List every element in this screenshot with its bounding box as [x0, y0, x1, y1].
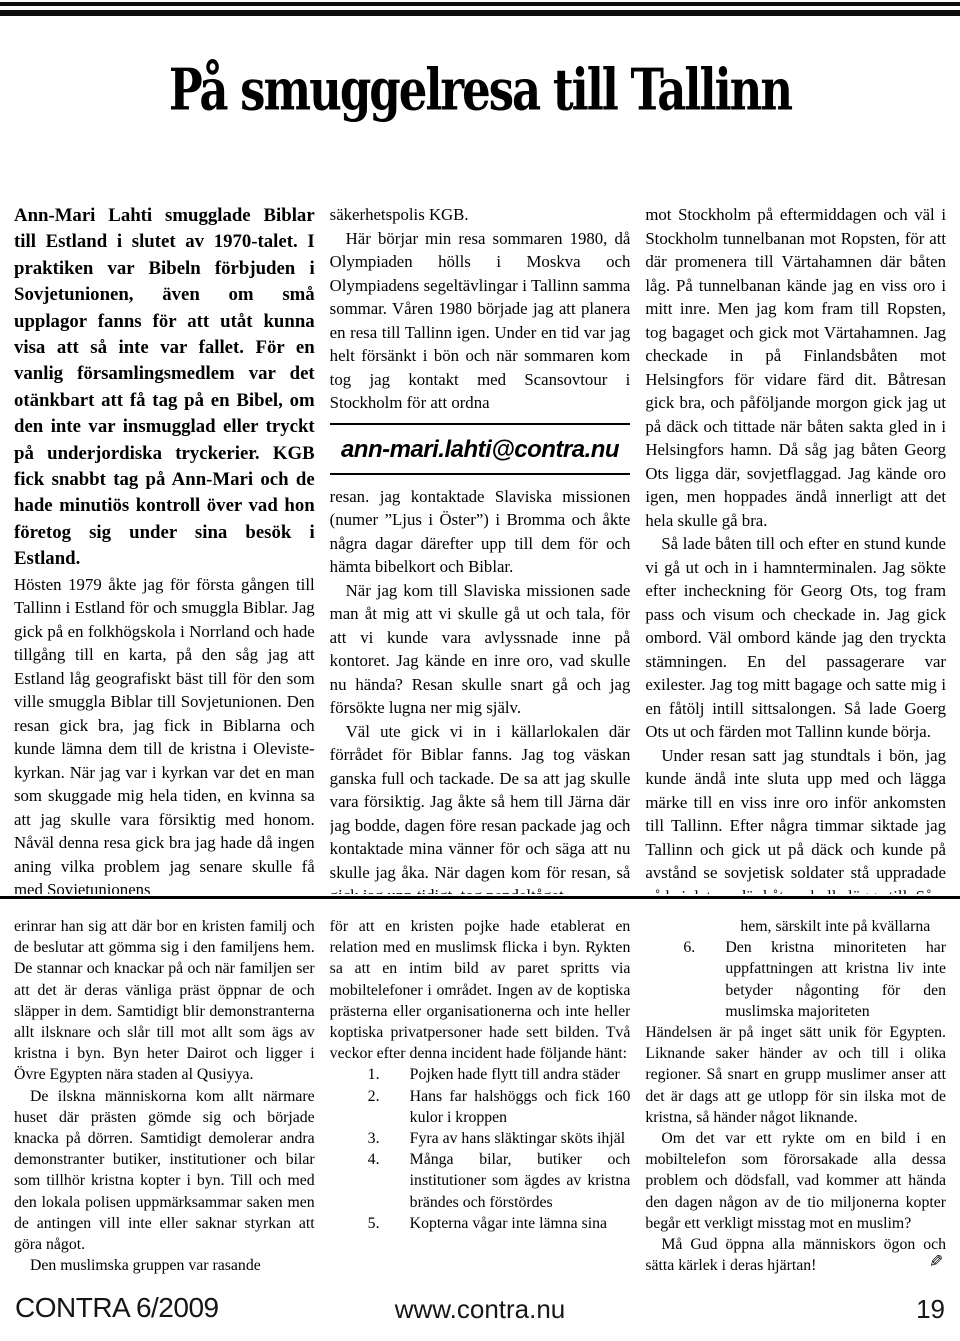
article-lead: Ann-Mari Lahti smugglade Biblar till Est…	[14, 203, 315, 573]
list-item-text: Många bilar, butiker och institutioner s…	[410, 1149, 631, 1213]
list-item-text: Fyra av hans släktingar sköts ihjäl	[410, 1128, 631, 1149]
list-item-number: 3.	[368, 1128, 410, 1149]
egypt-column-2: för att en kristen pojke hade etablerat …	[330, 916, 631, 1288]
list-item-text: Kopterna vågar inte lämna sina	[410, 1213, 631, 1234]
paragraph: resan. jag kontaktade Slaviska missionen…	[330, 485, 631, 579]
egypt-article: erinrar han sig att där bor en kristen f…	[14, 916, 946, 1288]
paragraph: De ilskna människorna kom allt närmare h…	[14, 1086, 315, 1256]
paragraph: Må Gud öppna alla människors ögon och sä…	[645, 1234, 946, 1276]
paragraph: Under resan satt jag stundtals i bön, ja…	[645, 744, 946, 895]
list-item-text: Den kristna minoriteten har uppfattninge…	[725, 937, 946, 1022]
tallinn-article: Ann-Mari Lahti smugglade Biblar till Est…	[14, 203, 946, 894]
paragraph: Så lade båten till och efter en stund ku…	[645, 532, 946, 744]
list-item-number: 1.	[368, 1064, 410, 1085]
list-item: 5. Kopterna vågar inte lämna sina	[330, 1213, 631, 1234]
tallinn-column-2: säkerhetspolis KGB. Här börjar min resa …	[330, 203, 631, 894]
paragraph: mot Stockholm på eftermiddagen och väl i…	[645, 203, 946, 532]
list-item: 6. Den kristna minoriteten har uppfattni…	[645, 937, 946, 1022]
list-item-number: 6.	[683, 937, 725, 1022]
tallinn-column-1: Ann-Mari Lahti smugglade Biblar till Est…	[14, 203, 315, 894]
paragraph: erinrar han sig att där bor en kristen f…	[14, 916, 315, 1086]
paragraph: Händelsen är på inget sätt unik för Egyp…	[645, 1022, 946, 1128]
list-item: 3. Fyra av hans släktingar sköts ihjäl	[330, 1128, 631, 1149]
email-box: ann-mari.lahti@contra.nu	[330, 423, 631, 475]
list-item: 1. Pojken hade flytt till andra städer	[330, 1064, 631, 1085]
top-border-thick	[0, 10, 960, 16]
tallinn-column-3: mot Stockholm på eftermiddagen och väl i…	[645, 203, 946, 894]
list-item-text: Pojken hade flytt till andra städer	[410, 1064, 631, 1085]
section-divider	[0, 896, 960, 899]
magazine-page: På smuggelresa till Tallinn Ann-Mari Lah…	[0, 0, 960, 1341]
page-title: På smuggelresa till Tallinn	[0, 56, 960, 123]
footer-page-number: 19	[916, 1294, 945, 1325]
paragraph: Här börjar min resa sommaren 1980, då Ol…	[330, 227, 631, 415]
egypt-column-1: erinrar han sig att där bor en kristen f…	[14, 916, 315, 1288]
paragraph: När jag kom till Slaviska missionen sade…	[330, 579, 631, 720]
paragraph: hem, särskilt inte på kvällarna	[645, 916, 946, 937]
list-item: 4. Många bilar, butiker och institutione…	[330, 1149, 631, 1213]
list-item-number: 4.	[368, 1149, 410, 1213]
paragraph: Om det var ett rykte om en bild i en mob…	[645, 1128, 946, 1234]
paragraph: Hösten 1979 åkte jag för första gången t…	[14, 573, 315, 894]
paragraph: säkerhetspolis KGB.	[330, 203, 631, 227]
list-item: 2. Hans far halshöggs och fick 160 kulor…	[330, 1086, 631, 1128]
email-address: ann-mari.lahti@contra.nu	[341, 436, 619, 463]
paragraph: Den muslimska gruppen var rasande	[14, 1255, 315, 1276]
list-item-number: 5.	[368, 1213, 410, 1234]
paragraph: för att en kristen pojke hade etablerat …	[330, 916, 631, 1064]
top-border-thin	[0, 2, 960, 6]
list-item-text: Hans far halshöggs och fick 160 kulor i …	[410, 1086, 631, 1128]
egypt-column-3: hem, särskilt inte på kvällarna 6. Den k…	[645, 916, 946, 1288]
footer-url: www.contra.nu	[15, 1294, 945, 1325]
pencil-icon: ✎	[929, 1252, 943, 1272]
paragraph: Väl ute gick vi in i källarlokalen där f…	[330, 720, 631, 895]
list-item-number: 2.	[368, 1086, 410, 1128]
